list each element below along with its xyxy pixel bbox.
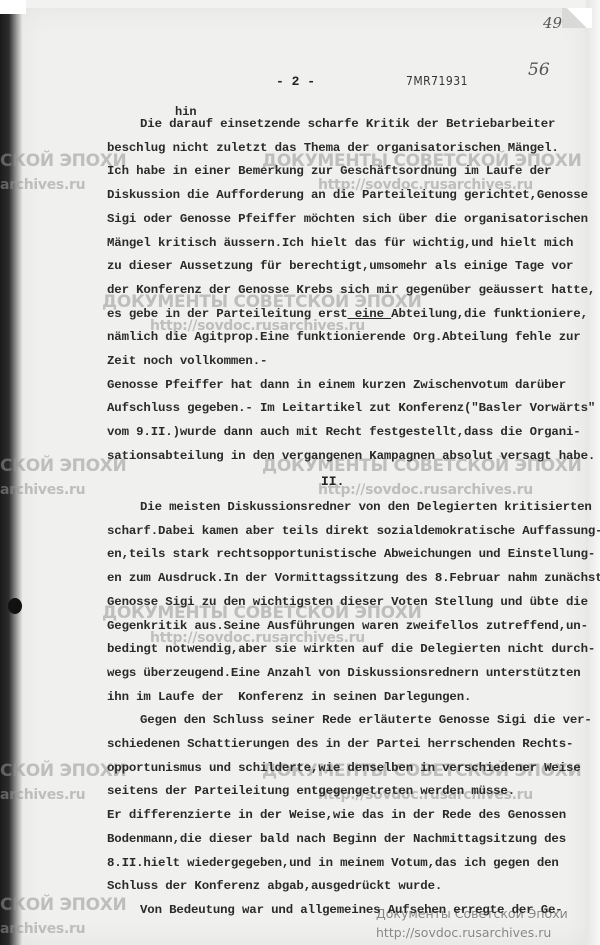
text-line: wegs überzeugend.Eine Anzahl von Diskuss… [107,666,581,680]
text-line: zu dieser Aussetzung für berechtigt,umso… [107,259,573,273]
text-line: vom 9.II.)wurde dann auch mit Recht fest… [107,425,581,439]
text-line: beschlug nicht zuletzt das Thema der org… [107,141,559,155]
text-line: Bodenmann,die dieser bald nach Beginn de… [107,832,566,846]
text-line: Die meisten Diskussionsredner von den De… [140,500,592,514]
text-line: en zum Ausdruck.In der Vormittagssitzung… [107,571,600,585]
text-line: Von Bedeutung war und allgemeines Aufseh… [140,903,563,917]
text-line: nämlich die Agitprop.Eine funktionierend… [107,330,581,344]
underlined-emphasis: eine [347,307,391,321]
text-line: Schluss der Konferenz abgab,ausgedrückt … [107,879,442,893]
text-line: Genosse Sigi zu den wichtigsten dieser V… [107,595,588,609]
section-heading: II. [321,474,344,489]
text-line: Aufschluss gegeben.- Im Leitartikel zut … [107,401,595,415]
text-line: der Konferenz der Genosse Krebs sich mir… [107,283,595,297]
text-line: bedingt notwendig,aber sie wirkten auf d… [107,642,595,656]
text-line: schiedenen Schattierungen des in der Par… [107,737,573,751]
text-line: 8.II.hielt wiedergegeben,und in meinem V… [107,856,559,870]
text-line: en,teils stark rechtsopportunistische Ab… [107,547,595,561]
text-line: Gegen den Schluss seiner Rede erläuterte… [140,713,592,727]
text-line: Er differenzierte in der Weise,wie das i… [107,808,566,822]
text-line: es gebe in der Parteileitung erst eine A… [107,307,588,321]
text-line: opportunismus und schilderte,wie denselb… [107,761,581,775]
text-line: Mängel kritisch äussern.Ich hielt das fü… [107,236,573,250]
text-line: sationsabteilung in den vergangenen Kamp… [107,449,595,463]
text-line: scharf.Dabei kamen aber teils direkt soz… [107,524,600,538]
text-line: ihn im Laufe der Konferenz in seinen Dar… [107,690,471,704]
text-line: seitens der Parteileitung entgegengetret… [107,784,515,798]
document-body: Die darauf einsetzende scharfe Kritik de… [0,0,600,945]
text-line: Ich habe in einer Bemerkung zur Geschäft… [107,164,551,178]
text-line: Gegenkritik aus.Seine Ausführungen waren… [107,619,588,633]
text-line: Zeit noch vollkommen.- [107,354,267,368]
text-line: Sigi oder Genosse Pfeiffer möchten sich … [107,212,588,226]
text-line: Die darauf einsetzende scharfe Kritik de… [140,117,555,131]
text-line: Genosse Pfeiffer hat dann in einem kurze… [107,378,566,392]
text-line: Diskussion die Aufforderung an die Parte… [107,188,588,202]
